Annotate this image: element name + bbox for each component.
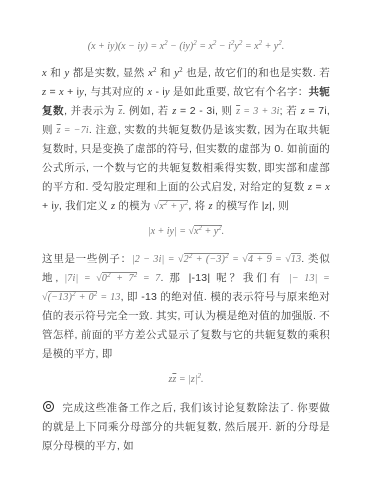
superscript: 2 xyxy=(134,271,138,279)
math-run: (x + iy)(x − iy) = x xyxy=(88,41,164,52)
superscript: 2 xyxy=(197,372,201,380)
text-run: , 并表示为 xyxy=(64,105,118,117)
sqrt-radical: 4 + 9 xyxy=(242,253,272,265)
text-run: = xyxy=(46,86,59,98)
math-run: . xyxy=(282,41,285,52)
math-run: . xyxy=(222,226,225,237)
text-run: 这里是一些例子： xyxy=(42,253,132,265)
superscript: 2 xyxy=(185,199,189,207)
math-run: + (−3) xyxy=(193,254,226,265)
sqrt-radical: (−13)2 + 02 xyxy=(42,291,97,303)
superscript: 2 xyxy=(198,224,202,232)
conjugate-product-formula: (x + iy)(x − iy) = x2 − (iy)2 = x2 − i2y… xyxy=(42,40,330,54)
superscript: 2 xyxy=(193,39,197,47)
superscript: 2 xyxy=(94,290,98,298)
superscript: 2 xyxy=(164,199,168,207)
sqrt-radical: x2 + y2 xyxy=(189,225,222,237)
math-run: − (iy) xyxy=(168,41,194,52)
text-run: 都是实数, 显然 xyxy=(69,67,148,79)
math-run: 4 + 9 xyxy=(248,254,272,265)
bullseye-icon xyxy=(43,401,54,412)
text-run: . 那 |-13| 呢？我们有 xyxy=(160,272,289,284)
math-run: = xyxy=(229,254,242,265)
modulus-examples-paragraph: 这里是一些例子：|2 − 3i| = 22 + (−3)2 = 4 + 9 = … xyxy=(42,250,330,364)
modulus-square-formula: zz = |z|2. xyxy=(42,373,330,387)
superscript: 2 xyxy=(189,252,193,260)
sqrt-radical: 02 + 72 xyxy=(96,272,137,284)
text-run: + i xyxy=(42,200,54,212)
text-run: |, 则 xyxy=(269,200,289,212)
math-run: |− 13| = xyxy=(289,273,330,284)
math-run: − i xyxy=(216,41,231,52)
math-run: = 13 xyxy=(97,292,120,303)
text-run: 和 xyxy=(157,67,175,79)
text-run: = xyxy=(312,181,325,193)
superscript: 2 xyxy=(153,66,157,74)
division-intro-paragraph: 完成这些准备工作之后, 我们该讨论复数除法了. 你要做的就是上下同乘分母部分的共… xyxy=(42,399,330,456)
text-run: 也是, 故它们的和也是实数. 若 xyxy=(183,67,330,79)
math-run: + y xyxy=(262,41,278,52)
conjugate-paragraph: x 和 y 都是实数, 显然 x2 和 y2 也是, 故它们的和也是实数. 若 … xyxy=(42,64,330,216)
text-run: 是如此重要, 故它有个名字： xyxy=(170,86,309,98)
superscript: 2 xyxy=(225,252,229,260)
page-content: (x + iy)(x − iy) = x2 − (iy)2 = x2 − i2y… xyxy=(0,0,370,456)
math-run: + y xyxy=(202,226,218,237)
math-run: = 3 + 3i xyxy=(240,106,279,117)
math-run: |7i| = xyxy=(64,273,96,284)
math-run: x xyxy=(325,182,330,193)
superscript: 2 xyxy=(107,271,111,279)
text-run: 的模写作 | xyxy=(213,200,265,212)
math-run: = x xyxy=(242,41,258,52)
text-run: , 将 xyxy=(188,200,208,212)
math-run: + 7 xyxy=(111,273,134,284)
sqrt-radical: 13 xyxy=(285,253,301,265)
superscript: 2 xyxy=(239,39,243,47)
sqrt-radical: 22 + (−3)2 xyxy=(178,253,229,265)
superscript: 2 xyxy=(259,39,263,47)
superscript: 2 xyxy=(164,39,168,47)
text-run: , 我们定义 xyxy=(59,200,111,212)
text-run: ; 若 xyxy=(280,105,301,117)
superscript: 2 xyxy=(72,290,76,298)
text-run: + i xyxy=(64,86,79,98)
math-run: 13 xyxy=(291,254,301,265)
modulus-definition-formula: |x + iy| = x2 + y2. xyxy=(42,225,330,239)
text-run: , 与其对应的 xyxy=(84,86,147,98)
math-run: = xyxy=(272,254,285,265)
math-run: = −7i xyxy=(61,125,89,136)
text-run: - i xyxy=(152,86,165,98)
superscript: 2 xyxy=(213,39,217,47)
math-run: + y xyxy=(168,201,185,212)
math-run: = x xyxy=(197,41,213,52)
math-run: = 7 xyxy=(137,273,160,284)
text-run: 的模为 xyxy=(115,200,153,212)
math-run: = |z| xyxy=(176,374,197,385)
text-run: 完成这些准备工作之后, 我们该讨论复数除法了. 你要做的就是上下同乘分母部分的共… xyxy=(42,402,330,452)
math-run: (−13) xyxy=(48,292,72,303)
text-run: = 2 - 3i, 则 xyxy=(176,105,236,117)
math-run: + 0 xyxy=(76,292,94,303)
math-run: |x + iy| = xyxy=(148,226,189,237)
math-run: |2 − 3i| = xyxy=(132,254,178,265)
text-run: 和 xyxy=(47,67,65,79)
superscript: 2 xyxy=(231,39,235,47)
text-run: . 例如, 若 xyxy=(122,105,172,117)
ebook-page: (x + iy)(x − iy) = x2 − (iy)2 = x2 − i2y… xyxy=(0,0,370,480)
math-run: . xyxy=(201,374,204,385)
superscript: 2 xyxy=(278,39,282,47)
sqrt-radical: x2 + y2 xyxy=(154,200,189,212)
superscript: 2 xyxy=(179,66,183,74)
superscript: 2 xyxy=(218,224,222,232)
